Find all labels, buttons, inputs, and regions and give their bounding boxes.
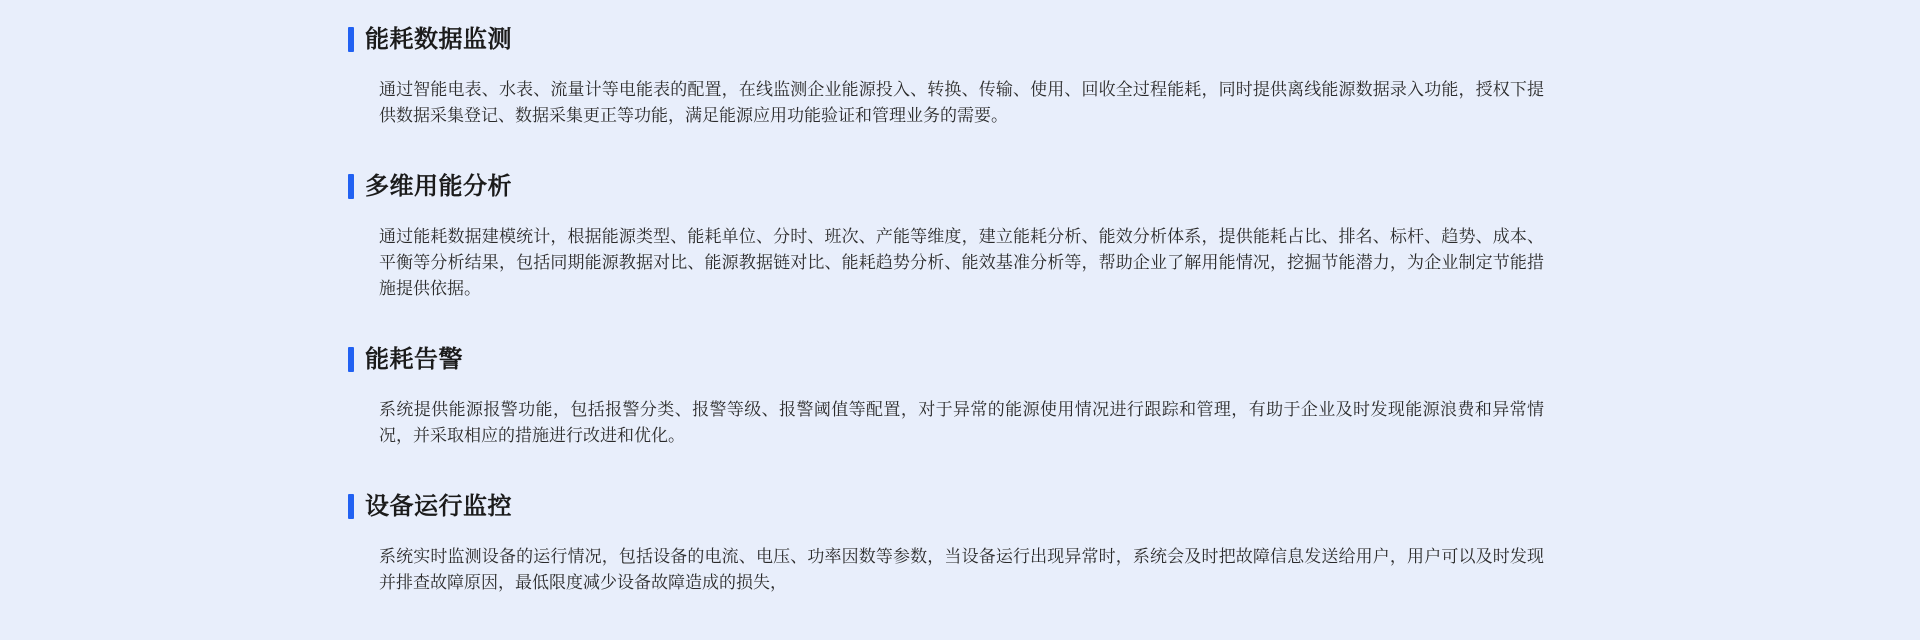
section-description: 通过智能电表、水表、流量计等电能表的配置，在线监测企业能源投入、转换、传输、使用… <box>379 77 1544 129</box>
section-title-text: 能耗告警 <box>365 347 463 372</box>
section-title: 设备运行监控 <box>348 494 1560 519</box>
title-accent-bar <box>348 494 354 519</box>
section-equipment-operation-monitoring: 设备运行监控 系统实时监测设备的运行情况，包括设备的电流、电压、功率因数等参数，… <box>348 494 1560 596</box>
section-title: 能耗告警 <box>348 347 1560 372</box>
section-title-text: 设备运行监控 <box>365 494 512 519</box>
section-title-text: 能耗数据监测 <box>365 27 512 52</box>
section-title-text: 多维用能分析 <box>365 174 512 199</box>
section-title: 能耗数据监测 <box>348 27 1560 52</box>
title-accent-bar <box>348 347 354 372</box>
section-energy-data-monitoring: 能耗数据监测 通过智能电表、水表、流量计等电能表的配置，在线监测企业能源投入、转… <box>348 27 1560 129</box>
title-accent-bar <box>348 174 354 199</box>
section-description: 系统实时监测设备的运行情况，包括设备的电流、电压、功率因数等参数，当设备运行出现… <box>379 544 1544 596</box>
section-description: 系统提供能源报警功能，包括报警分类、报警等级、报警阈值等配置，对于异常的能源使用… <box>379 397 1544 449</box>
section-energy-alarm: 能耗告警 系统提供能源报警功能，包括报警分类、报警等级、报警阈值等配置，对于异常… <box>348 347 1560 449</box>
section-description: 通过能耗数据建模统计，根据能源类型、能耗单位、分时、班次、产能等维度，建立能耗分… <box>379 224 1544 302</box>
section-title: 多维用能分析 <box>348 174 1560 199</box>
feature-sections: 能耗数据监测 通过智能电表、水表、流量计等电能表的配置，在线监测企业能源投入、转… <box>0 0 1560 596</box>
title-accent-bar <box>348 27 354 52</box>
section-multidimensional-energy-analysis: 多维用能分析 通过能耗数据建模统计，根据能源类型、能耗单位、分时、班次、产能等维… <box>348 174 1560 302</box>
